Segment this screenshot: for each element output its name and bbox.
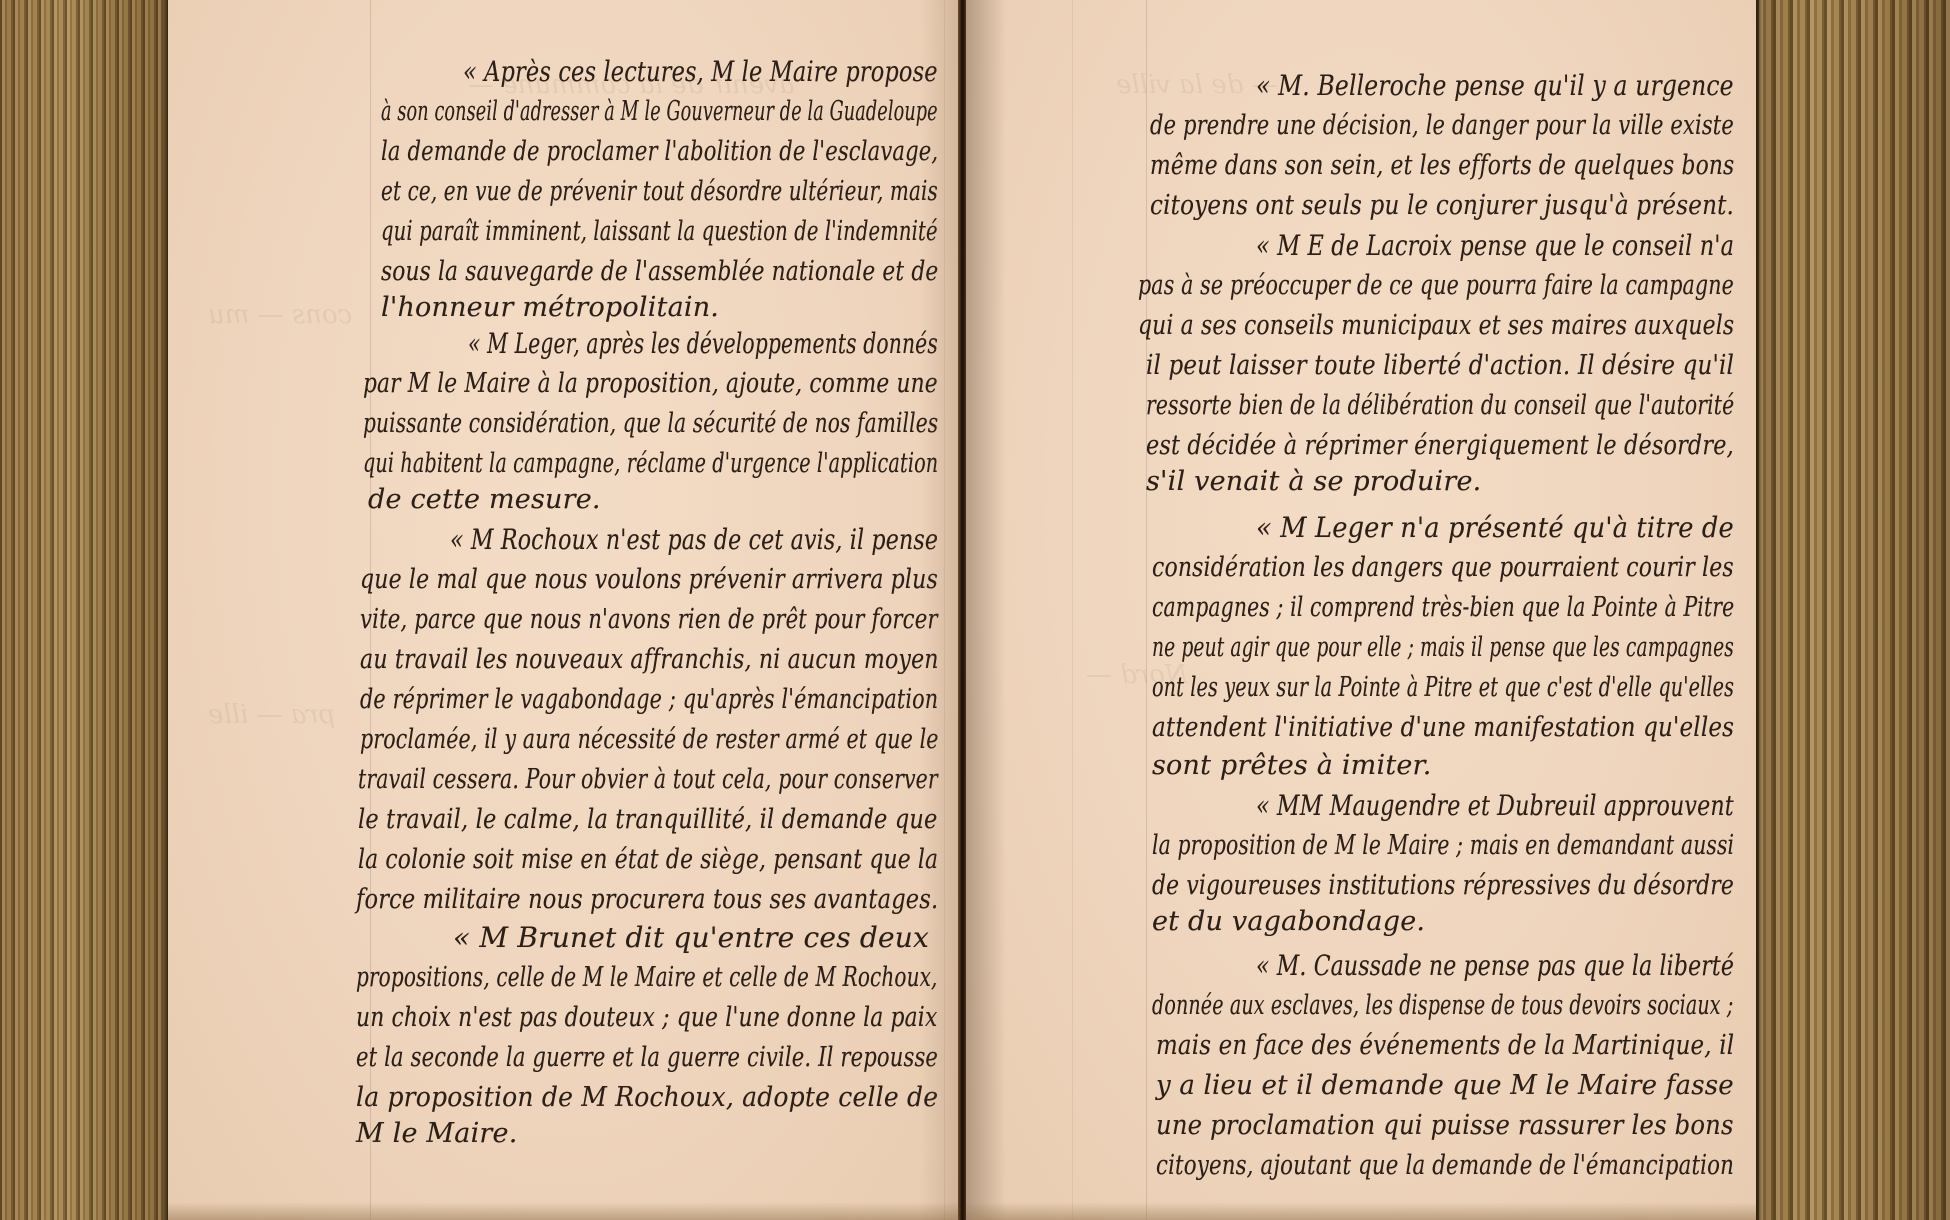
handwritten-line: le travail, le calme, la tranquillité, i…	[358, 804, 938, 836]
handwritten-line: pas à se préoccuper de ce que pourra fai…	[1138, 270, 1734, 302]
handwritten-line: ressorte bien de la délibération du cons…	[1146, 390, 1734, 422]
handwritten-line: de cette mesure.	[368, 484, 601, 516]
handwritten-line: « M Leger n'a présenté qu'à titre de	[1256, 512, 1734, 544]
left-fore-edge	[0, 0, 168, 1220]
handwritten-line: de prendre une décision, le danger pour …	[1150, 110, 1734, 142]
handwritten-line: « M Leger, après les développements donn…	[468, 328, 938, 360]
handwritten-line: la proposition de M Rochoux, adopte cell…	[356, 1082, 938, 1114]
handwritten-line: de vigoureuses institutions répressives …	[1152, 870, 1734, 902]
handwritten-line: « Après ces lectures, M le Maire propose	[463, 56, 938, 88]
handwritten-line: M le Maire.	[356, 1118, 517, 1150]
handwritten-line: et du vagabondage.	[1152, 906, 1425, 938]
handwritten-line: que le mal que nous voulons prévenir arr…	[360, 564, 938, 596]
right-page-bottom-edge	[966, 1202, 1756, 1220]
handwritten-line: sous la sauvegarde de l'assemblée nation…	[381, 256, 938, 288]
handwritten-line: l'honneur métropolitain.	[381, 292, 719, 324]
handwritten-line: au travail les nouveaux affranchis, ni a…	[360, 644, 939, 676]
right-page-inner-rule	[1072, 0, 1073, 1220]
handwritten-line: la proposition de M le Maire ; mais en d…	[1152, 830, 1734, 862]
handwritten-line: « M Rochoux n'est pas de cet avis, il pe…	[450, 524, 938, 556]
handwritten-line: citoyens, ajoutant que la demande de l'é…	[1156, 1150, 1734, 1182]
handwritten-line: qui a ses conseils municipaux et ses mai…	[1138, 310, 1734, 342]
handwritten-line: il peut laisser toute liberté d'action. …	[1146, 350, 1734, 382]
left-page-outer-rule	[944, 0, 945, 1220]
left-page-bottom-edge	[168, 1202, 960, 1220]
bleed-through-text: cons — mu	[208, 300, 352, 330]
handwritten-line: même dans son sein, et les efforts de qu…	[1150, 150, 1734, 182]
handwritten-line: vite, parce que nous n'avons rien de prê…	[360, 604, 938, 636]
left-page: avenir de la commune — cons — mu pra — i…	[168, 0, 960, 1220]
handwritten-line: attendent l'initiative d'une manifestati…	[1152, 712, 1734, 744]
left-edge-shadow	[160, 0, 168, 1220]
handwritten-line: est décidée à réprimer énergiquement le …	[1146, 430, 1734, 462]
handwritten-line: donnée aux esclaves, les dispense de tou…	[1152, 990, 1733, 1022]
handwritten-line: « M E de Lacroix pense que le conseil n'…	[1256, 230, 1734, 262]
bleed-through-text: pra — ille	[208, 700, 335, 730]
bleed-through-text: — de la ville	[1116, 70, 1278, 100]
handwritten-line: ne peut agir que pour elle ; mais il pen…	[1152, 632, 1734, 664]
handwritten-line: une proclamation qui puisse rassurer les…	[1156, 1110, 1734, 1142]
handwritten-line: « MM Maugendre et Dubreuil approuvent	[1256, 790, 1734, 822]
handwritten-line: « M. Caussade ne pense pas que la libert…	[1256, 950, 1734, 982]
handwritten-line: et ce, en vue de prévenir tout désordre …	[381, 176, 938, 208]
handwritten-line: travail cessera. Pour obvier à tout cela…	[358, 764, 938, 796]
handwritten-line: campagnes ; il comprend très-bien que la…	[1152, 592, 1734, 624]
handwritten-line: sont prêtes à imiter.	[1152, 750, 1431, 782]
handwritten-line: force militaire nous procurera tous ses …	[356, 884, 938, 916]
handwritten-line: propositions, celle de M le Maire et cel…	[356, 962, 938, 994]
handwritten-line: puissante considération, que la sécurité…	[363, 408, 938, 440]
handwritten-line: un choix n'est pas douteux ; que l'une d…	[356, 1002, 937, 1034]
handwritten-line: par M le Maire à la proposition, ajoute,…	[363, 368, 938, 400]
right-page-margin-rule	[1146, 0, 1147, 1220]
handwritten-line: de réprimer le vagabondage ; qu'après l'…	[360, 684, 938, 716]
open-register-book: avenir de la commune — cons — mu pra — i…	[0, 0, 1950, 1220]
handwritten-line: « M Brunet dit qu'entre ces deux	[453, 922, 929, 954]
handwritten-line: ont les yeux sur la Pointe à Pitre et qu…	[1152, 672, 1734, 704]
handwritten-line: qui paraît imminent, laissant la questio…	[381, 216, 938, 248]
handwritten-line: « M. Belleroche pense qu'il y a urgence	[1256, 70, 1734, 102]
handwritten-line: la colonie soit mise en état de siège, p…	[358, 844, 938, 876]
handwritten-line: considération les dangers que pourraient…	[1152, 552, 1734, 584]
right-fore-edge	[1756, 0, 1950, 1220]
handwritten-line: la demande de proclamer l'abolition de l…	[381, 136, 938, 168]
handwritten-line: citoyens ont seuls pu le conjurer jusqu'…	[1150, 190, 1734, 222]
handwritten-line: et la seconde la guerre et la guerre civ…	[356, 1042, 938, 1074]
handwritten-line: y a lieu et il demande que M le Maire fa…	[1156, 1070, 1734, 1102]
right-edge-shadow	[1756, 0, 1762, 1220]
handwritten-line: s'il venait à se produire.	[1146, 466, 1481, 498]
handwritten-line: à son conseil d'adresser à M le Gouverne…	[381, 96, 938, 128]
handwritten-line: mais en face des événements de la Martin…	[1156, 1030, 1734, 1062]
handwritten-line: qui habitent la campagne, réclame d'urge…	[363, 448, 938, 480]
handwritten-line: proclamée, il y aura nécessité de rester…	[360, 724, 939, 756]
right-page: — de la ville Nord — « M. Belleroche pen…	[966, 0, 1756, 1220]
